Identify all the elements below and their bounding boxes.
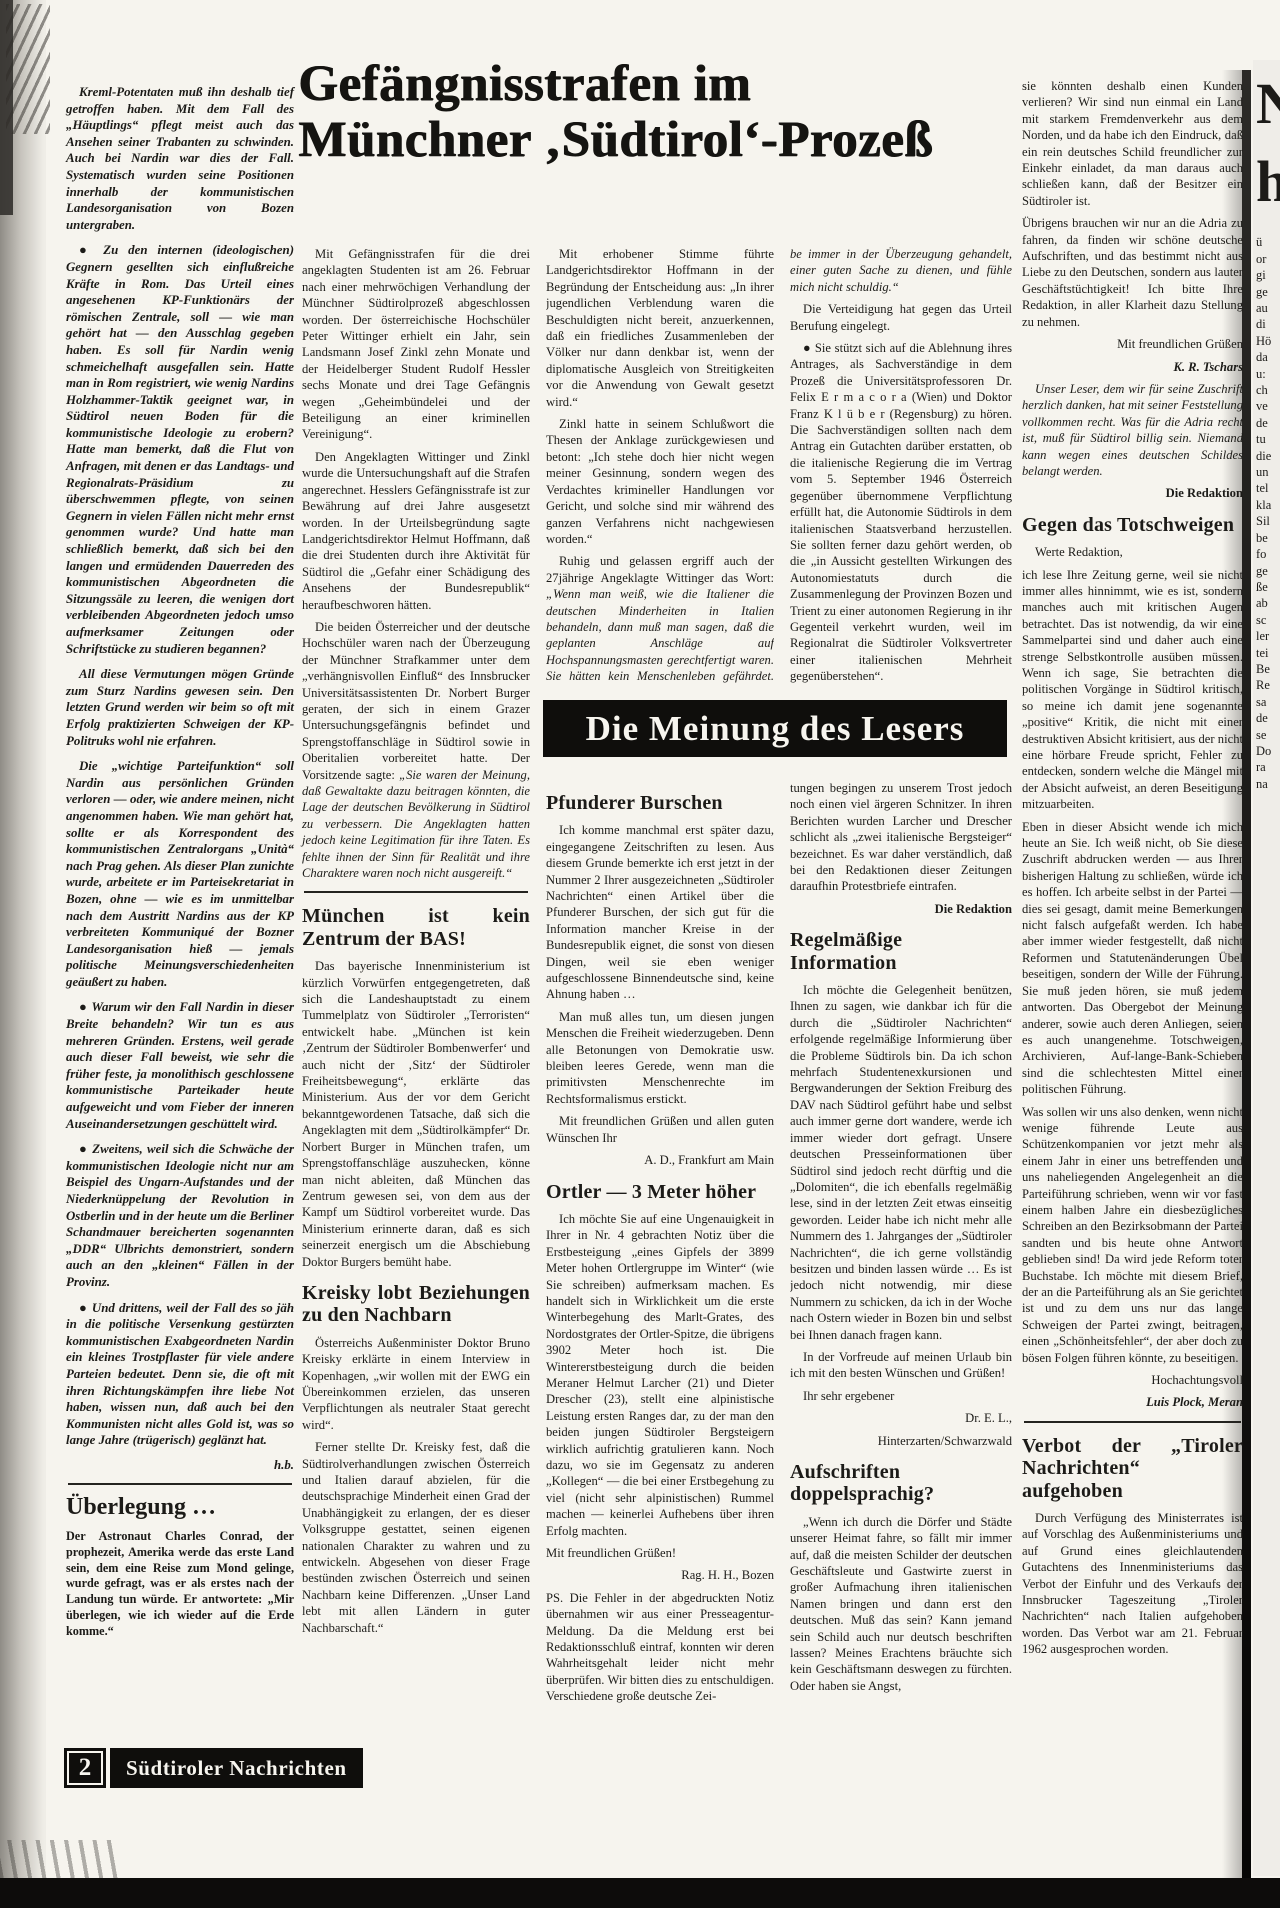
article-paragraph: Mit Gefängnisstrafen für die drei angekl…: [302, 246, 530, 443]
letter-closing: Mit freundlichen Grüßen und allen guten …: [546, 1113, 774, 1146]
adjacent-line-fragment: ge: [1256, 563, 1280, 579]
section-rule: [304, 891, 528, 893]
adjacent-page-sliver: Nh üorgigeaudiHödau:chvedetudieuntelklaS…: [1253, 60, 1280, 1876]
adjacent-line-fragment: sc: [1256, 612, 1280, 628]
adjacent-line-fragment: ü: [1256, 234, 1280, 250]
letter-signature-location: Hinterzarten/Schwarzwald: [790, 1433, 1012, 1449]
adjacent-line-fragment: ve: [1256, 398, 1280, 414]
letter-paragraph: Eben in dieser Absicht wende ich mich he…: [1022, 819, 1243, 1098]
adjacent-line-fragment: da: [1256, 349, 1280, 365]
adjacent-headline-fragment: h: [1256, 156, 1280, 208]
adjacent-line-fragment: tu: [1256, 431, 1280, 447]
editorial-signature-row: h.b.: [66, 1458, 294, 1473]
adjacent-line-fragment: gi: [1256, 267, 1280, 283]
article-continuation-italic: be immer in der Überzeugung gehandelt, e…: [790, 246, 1012, 295]
letter-signature: Rag. H. H., Bozen: [546, 1567, 774, 1583]
quote-italic: „Wenn man weiß, wie die Italiener die de…: [546, 587, 774, 688]
adjacent-line-fragment: u:: [1256, 366, 1280, 382]
scan-hatch-topleft: [6, 4, 50, 134]
editorial-column: Kreml-Potentaten muß ihn deshalb tief ge…: [66, 84, 294, 1639]
author-initials: h.b.: [274, 1458, 294, 1473]
letter-paragraph: Ich möchte die Gelegenheit benützen, Ihn…: [790, 982, 1012, 1343]
verbot-title: Verbot der „Tiroler Nachrichten“ aufgeho…: [1022, 1435, 1243, 1502]
letter-paragraph: Was sollen wir uns also denken, wenn nic…: [1022, 1104, 1243, 1367]
letters-column-3: Pfunderer Burschen Ich komme manchmal er…: [546, 780, 774, 1872]
adjacent-line-fragment: au: [1256, 300, 1280, 316]
adjacent-line-fragment: Be: [1256, 661, 1280, 677]
quote-lead: Ruhig und gelassen ergriff auch der 27jä…: [546, 554, 774, 584]
editorial-paragraph: ● Und drittens, weil der Fall des so jäh…: [66, 1300, 294, 1449]
adjacent-line-fragment: or: [1256, 251, 1280, 267]
article-paragraph: ● Sie stützt sich auf die Ablehnung ihre…: [790, 340, 1012, 685]
ueberlegung-title: Überlegung …: [66, 1494, 294, 1521]
article-column-4-top: be immer in der Überzeugung gehandelt, e…: [790, 246, 1012, 688]
adjacent-line-fragment: de: [1256, 710, 1280, 726]
article-paragraph: Den Angeklagten Wittinger und Zinkl wurd…: [302, 449, 530, 613]
adjacent-line-fragment: Re: [1256, 677, 1280, 693]
adjacent-line-fragment: de: [1256, 415, 1280, 431]
editor-continuation: tungen begingen zu unserem Trost jedoch …: [790, 780, 1012, 895]
adjacent-line-fragment: fo: [1256, 546, 1280, 562]
editorial-paragraph: ● Zu den internen (ideologischen) Gegner…: [66, 242, 294, 657]
letter-paragraph: sie könnten deshalb einen Kunden verlier…: [1022, 78, 1243, 209]
adjacent-line-fragment: Sil: [1256, 513, 1280, 529]
letters-column-4: tungen begingen zu unserem Trost jedoch …: [790, 780, 1012, 1872]
editor-ps: PS. Die Fehler in der abgedruckten Notiz…: [546, 1590, 774, 1705]
article-paragraph: Mit erhobener Stimme führte Landgerichts…: [546, 246, 774, 410]
leser-banner: Die Meinung des Lesers: [543, 700, 1007, 757]
adjacent-line-fragment: di: [1256, 316, 1280, 332]
adjacent-line-fragment: tei: [1256, 645, 1280, 661]
adjacent-line-fragment: die: [1256, 448, 1280, 464]
article-paragraph: Zinkl hatte in seinem Schlußwort die The…: [546, 416, 774, 547]
quote-italic: „Sie waren der Meinung, daß Gewaltakte d…: [302, 768, 530, 880]
adjacent-headline-fragment: N: [1256, 78, 1280, 130]
adjacent-line-fragment: be: [1256, 530, 1280, 546]
editorial-paragraph: ● Warum wir den Fall Nardin in dieser Br…: [66, 999, 294, 1132]
adjacent-line-fragment: ge: [1256, 284, 1280, 300]
kreisky-paragraph: Österreichs Außenminister Doktor Bruno K…: [302, 1335, 530, 1433]
adjacent-line-fragment: Hö: [1256, 333, 1280, 349]
editorial-paragraph: ● Zweitens, weil sich die Schwäche der k…: [66, 1141, 294, 1290]
page-number: 2: [64, 1748, 106, 1788]
letter-salutation: Werte Redaktion,: [1022, 544, 1243, 560]
page-fold-line: [1242, 70, 1251, 1878]
letter-signature: K. R. Tschars: [1022, 359, 1243, 375]
letter-signature: A. D., Frankfurt am Main: [546, 1152, 774, 1168]
letter-signature: Luis Plock, Meran: [1022, 1394, 1243, 1410]
letter-paragraph: Ich möchte Sie auf eine Ungenauigkeit in…: [546, 1211, 774, 1539]
totschweigen-title: Gegen das Totschweigen: [1022, 514, 1243, 536]
editor-reply: Unser Leser, dem wir für seine Zuschrift…: [1022, 381, 1243, 479]
section-rule: [68, 1483, 292, 1485]
editor-signature: Die Redaktion: [790, 901, 1012, 917]
scan-edge-bottom: [0, 1878, 1280, 1908]
masthead-title: Südtiroler Nachrichten: [110, 1748, 363, 1788]
article-paragraph-quote: Die beiden Österreicher und der deutsche…: [302, 619, 530, 882]
kreisky-section-title: Kreisky lobt Beziehungen zu den Nachbarn: [302, 1282, 530, 1327]
adjacent-line-fragment: ra: [1256, 759, 1280, 775]
adjacent-line-fragment: tel: [1256, 480, 1280, 496]
article-column-3-top: Mit erhobener Stimme führte Landgerichts…: [546, 246, 774, 688]
headline-line2: Münchner ‚Südtirol‘-Prozeß: [298, 112, 1014, 168]
section-rule: [1024, 1421, 1241, 1423]
article-paragraph-quote: Ruhig und gelassen ergriff auch der 27jä…: [546, 553, 774, 688]
aufschriften-title: Aufschriften doppelsprachig?: [790, 1461, 1012, 1506]
adjacent-line-fragment: sa: [1256, 694, 1280, 710]
letter-paragraph: Man muß alles tun, um diesen jungen Mens…: [546, 1009, 774, 1107]
letter-closing: Mit freundlichen Grüßen!: [546, 1545, 774, 1561]
pfunderer-title: Pfunderer Burschen: [546, 792, 774, 814]
scan-smudge-bottomleft: [0, 1840, 120, 1880]
letter-closing: Hochachtungsvoll: [1022, 1372, 1243, 1388]
letters-column-5: sie könnten deshalb einen Kunden verlier…: [1022, 78, 1243, 1872]
muenchen-section-title: München ist kein Zentrum der BAS!: [302, 905, 530, 950]
letter-closing: Mit freundlichen Grüßen: [1022, 336, 1243, 352]
article-column-2: Mit Gefängnisstrafen für die drei angekl…: [302, 246, 530, 1642]
ortler-title: Ortler — 3 Meter höher: [546, 1181, 774, 1203]
page-footer: 2 Südtiroler Nachrichten: [64, 1748, 363, 1788]
ueberlegung-body: Der Astronaut Charles Conrad, der prophe…: [66, 1529, 294, 1640]
headline-line1: Gefängnisstrafen im: [298, 56, 1014, 112]
editorial-paragraph: Kreml-Potentaten muß ihn deshalb tief ge…: [66, 84, 294, 233]
editor-reply-signature: Die Redaktion: [1022, 485, 1243, 501]
adjacent-line-fragment: na: [1256, 776, 1280, 792]
adjacent-line-fragment: Do: [1256, 743, 1280, 759]
letter-paragraph: Übrigens brauchen wir nur an die Adria z…: [1022, 215, 1243, 330]
letter-closing: Ihr sehr ergebener: [790, 1388, 1012, 1404]
letter-paragraph: „Wenn ich durch die Dörfer und Städte un…: [790, 1514, 1012, 1694]
article-paragraph: Die Verteidigung hat gegen das Urteil Be…: [790, 301, 1012, 334]
letter-paragraph: ich lese Ihre Zeitung gerne, weil sie ni…: [1022, 567, 1243, 813]
letter-paragraph: Ich komme manchmal erst später dazu, ein…: [546, 822, 774, 1002]
adjacent-line-fragment: ch: [1256, 382, 1280, 398]
adjacent-line-fragment: kla: [1256, 497, 1280, 513]
adjacent-line-fragment: ler: [1256, 628, 1280, 644]
quote-lead: Die beiden Österreicher und der deutsche…: [302, 620, 530, 782]
regelmaessig-title: Regelmäßige Information: [790, 929, 1012, 974]
editorial-paragraph: All diese Vermutungen mögen Gründe zum S…: [66, 666, 294, 749]
scan-edge-left: [0, 0, 46, 1908]
adjacent-line-fragment: ab: [1256, 595, 1280, 611]
letter-signature: Dr. E. L.,: [790, 1410, 1012, 1426]
adjacent-line-fragment: un: [1256, 464, 1280, 480]
letter-paragraph: In der Vorfreude auf meinen Urlaub bin i…: [790, 1349, 1012, 1382]
adjacent-line-fragment: se: [1256, 727, 1280, 743]
newspaper-page: { "colors": {"paper": "#f6f4ee", "ink": …: [0, 0, 1280, 1908]
editorial-paragraph: Die „wichtige Parteifunktion“ soll Nardi…: [66, 758, 294, 990]
adjacent-line-fragment: ße: [1256, 579, 1280, 595]
leser-banner-title: Die Meinung des Lesers: [586, 709, 965, 749]
kreisky-paragraph: Ferner stellte Dr. Kreisky fest, daß die…: [302, 1439, 530, 1636]
verbot-body: Durch Verfügung des Ministerrates ist au…: [1022, 1510, 1243, 1658]
muenchen-section-body: Das bayerische Innenministerium ist kürz…: [302, 958, 530, 1270]
main-headline: Gefängnisstrafen im Münchner ‚Südtirol‘-…: [298, 56, 1014, 168]
